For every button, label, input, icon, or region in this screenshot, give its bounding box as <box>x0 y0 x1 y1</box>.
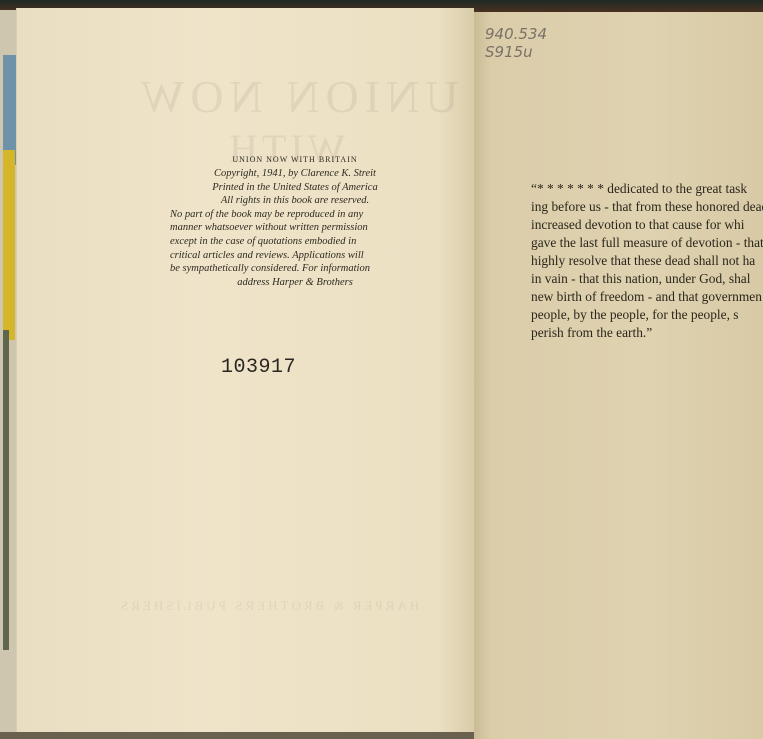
rights-line: All rights in this book are reserved. <box>170 194 420 208</box>
call-number-cutter: S915u <box>485 43 547 61</box>
notice-line: manner whatsoever without written permis… <box>170 221 420 235</box>
quote-line: people, by the people, for the people, s <box>531 306 763 324</box>
right-page <box>474 12 763 739</box>
call-number-class: 940.534 <box>485 25 547 43</box>
printed-line: Printed in the United States of America <box>170 181 420 195</box>
notice-line: critical articles and reviews. Applicati… <box>170 249 420 263</box>
quote-line: in vain - that this nation, under God, s… <box>531 270 763 288</box>
notice-line: be sympathetically considered. For infor… <box>170 262 420 276</box>
epigraph-quote: “* * * * * * * dedicated to the great ta… <box>531 180 763 342</box>
quote-line: gave the last full measure of devotion -… <box>531 234 763 252</box>
notice-line: No part of the book may be reproduced in… <box>170 208 420 222</box>
notice-line: address Harper & Brothers <box>170 276 420 290</box>
handwritten-call-number: 940.534 S915u <box>485 25 547 61</box>
book-bottom-edge <box>0 732 474 739</box>
copyright-line: Copyright, 1941, by Clarence K. Streit <box>170 167 420 181</box>
quote-line: highly resolve that these dead shall not… <box>531 252 763 270</box>
quote-line: ing before us - that from these honored … <box>531 198 763 216</box>
cover-yellow-stripe <box>3 150 15 340</box>
quote-line: “* * * * * * * dedicated to the great ta… <box>531 180 763 198</box>
quote-line: increased devotion to that cause for whi <box>531 216 763 234</box>
cover-blue-stripe <box>3 55 17 165</box>
quote-line: perish from the earth.” <box>531 324 763 342</box>
book-title: UNION NOW WITH BRITAIN <box>170 155 420 164</box>
quote-line: new birth of freedom - and that governme… <box>531 288 763 306</box>
copyright-block: UNION NOW WITH BRITAIN Copyright, 1941, … <box>170 155 420 289</box>
notice-line: except in the case of quotations embodie… <box>170 235 420 249</box>
show-through-title: UNION NOW <box>135 70 459 123</box>
accession-stamp-number: 103917 <box>221 356 296 379</box>
cover-dark-stripe <box>3 330 9 650</box>
show-through-publisher: HARPER & BROTHERS PUBLISHERS <box>118 598 419 614</box>
